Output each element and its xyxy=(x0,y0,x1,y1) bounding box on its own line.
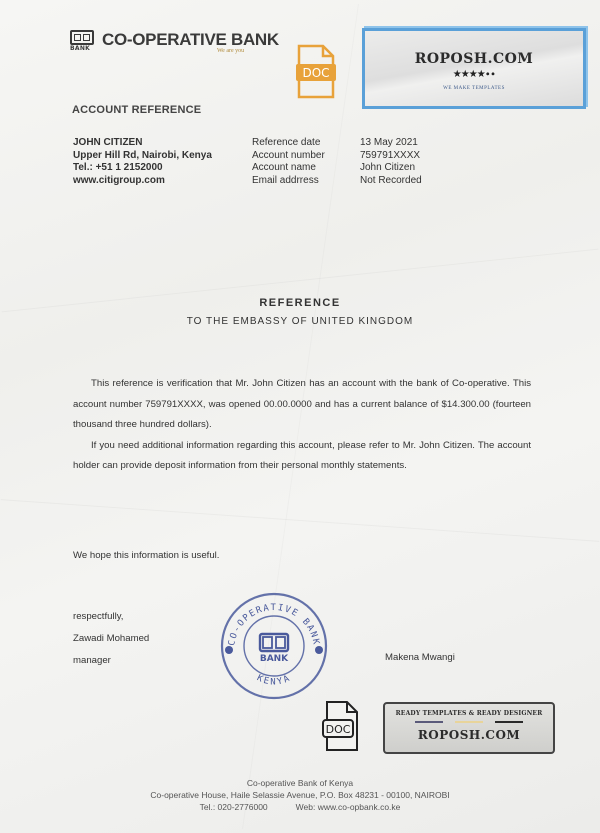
svg-text:DOC: DOC xyxy=(302,66,329,80)
section-title: ACCOUNT REFERENCE xyxy=(72,104,201,116)
paper-crease xyxy=(1,499,600,542)
bank-name: CO-OPERATIVE BANK xyxy=(102,30,279,50)
sender-name: JOHN CITIZEN xyxy=(73,137,212,150)
watermark-tagline: WE MAKE TEMPLATES xyxy=(365,86,583,91)
detail-label: Account name xyxy=(252,162,360,175)
table-row: Account name John Citizen xyxy=(252,162,422,175)
footer-web: Web: www.co-opbank.co.ke xyxy=(296,802,401,812)
watermark-banner: ROPOSH.COM ★★★★∙∙ WE MAKE TEMPLATES xyxy=(362,28,586,109)
detail-value: John Citizen xyxy=(360,162,422,175)
sender-address: Upper Hill Rd, Nairobi, Kenya xyxy=(73,150,212,163)
promo-banner: READY TEMPLATES & READY DESIGNER ROPOSH.… xyxy=(383,702,555,754)
sender-web: www.citigroup.com xyxy=(73,175,212,188)
sender-tel: Tel.: +51 1 2152000 xyxy=(73,162,212,175)
bank-logo: BANK CO-OPERATIVE BANK We are you xyxy=(70,30,279,54)
reference-details-table: Reference date 13 May 2021 Account numbe… xyxy=(252,137,422,187)
footer-tel: Tel.: 020-2776000 xyxy=(200,802,268,812)
letter-body: This reference is verification that Mr. … xyxy=(73,374,531,477)
promo-title: ROPOSH.COM xyxy=(385,728,553,742)
signer-name: Zawadi Mohamed xyxy=(73,628,149,650)
second-signer-name: Makena Mwangi xyxy=(385,652,455,663)
coop-logo-icon: BANK xyxy=(70,30,96,52)
signer-title: manager xyxy=(73,650,149,672)
body-paragraph: If you need additional information regar… xyxy=(73,436,531,477)
svg-text:BANK: BANK xyxy=(260,654,289,664)
promo-divider xyxy=(385,721,553,723)
sender-address-block: JOHN CITIZEN Upper Hill Rd, Nairobi, Ken… xyxy=(73,137,212,187)
detail-label: Email addrress xyxy=(252,175,360,188)
bank-stamp-icon: CO-OPERATIVE BANK KENYA BANK xyxy=(218,590,330,702)
table-row: Email addrress Not Recorded xyxy=(252,175,422,188)
detail-label: Reference date xyxy=(252,137,360,150)
doc-file-icon: DOC xyxy=(322,700,360,752)
table-row: Account number 759791XXXX xyxy=(252,150,422,163)
footer-bank-name: Co-operative Bank of Kenya xyxy=(0,777,600,789)
promo-tagline: READY TEMPLATES & READY DESIGNER xyxy=(385,710,553,717)
doc-file-icon: DOC xyxy=(296,44,336,100)
logo-bank-word: BANK xyxy=(70,45,96,52)
svg-text:CO-OPERATIVE BANK: CO-OPERATIVE BANK xyxy=(227,603,321,647)
signoff: respectfully, xyxy=(73,606,149,628)
footer-contact: Tel.: 020-2776000Web: www.co-opbank.co.k… xyxy=(0,801,600,813)
table-row: Reference date 13 May 2021 xyxy=(252,137,422,150)
letter-recipient: TO THE EMBASSY OF UNITED KINGDOM xyxy=(0,316,600,327)
detail-value: 13 May 2021 xyxy=(360,137,422,150)
body-paragraph: This reference is verification that Mr. … xyxy=(73,374,531,436)
stars-icon: ★★★★∙∙ xyxy=(365,69,583,80)
signoff-block: respectfully, Zawadi Mohamed manager xyxy=(73,606,149,672)
detail-value: Not Recorded xyxy=(360,175,422,188)
watermark-title: ROPOSH.COM xyxy=(365,51,583,67)
page-footer: Co-operative Bank of Kenya Co-operative … xyxy=(0,777,600,813)
detail-value: 759791XXXX xyxy=(360,150,422,163)
letter-heading: REFERENCE xyxy=(0,297,600,309)
closing-line: We hope this information is useful. xyxy=(73,550,219,561)
detail-label: Account number xyxy=(252,150,360,163)
svg-text:DOC: DOC xyxy=(326,723,351,736)
footer-address: Co-operative House, Haile Selassie Avenu… xyxy=(0,789,600,801)
